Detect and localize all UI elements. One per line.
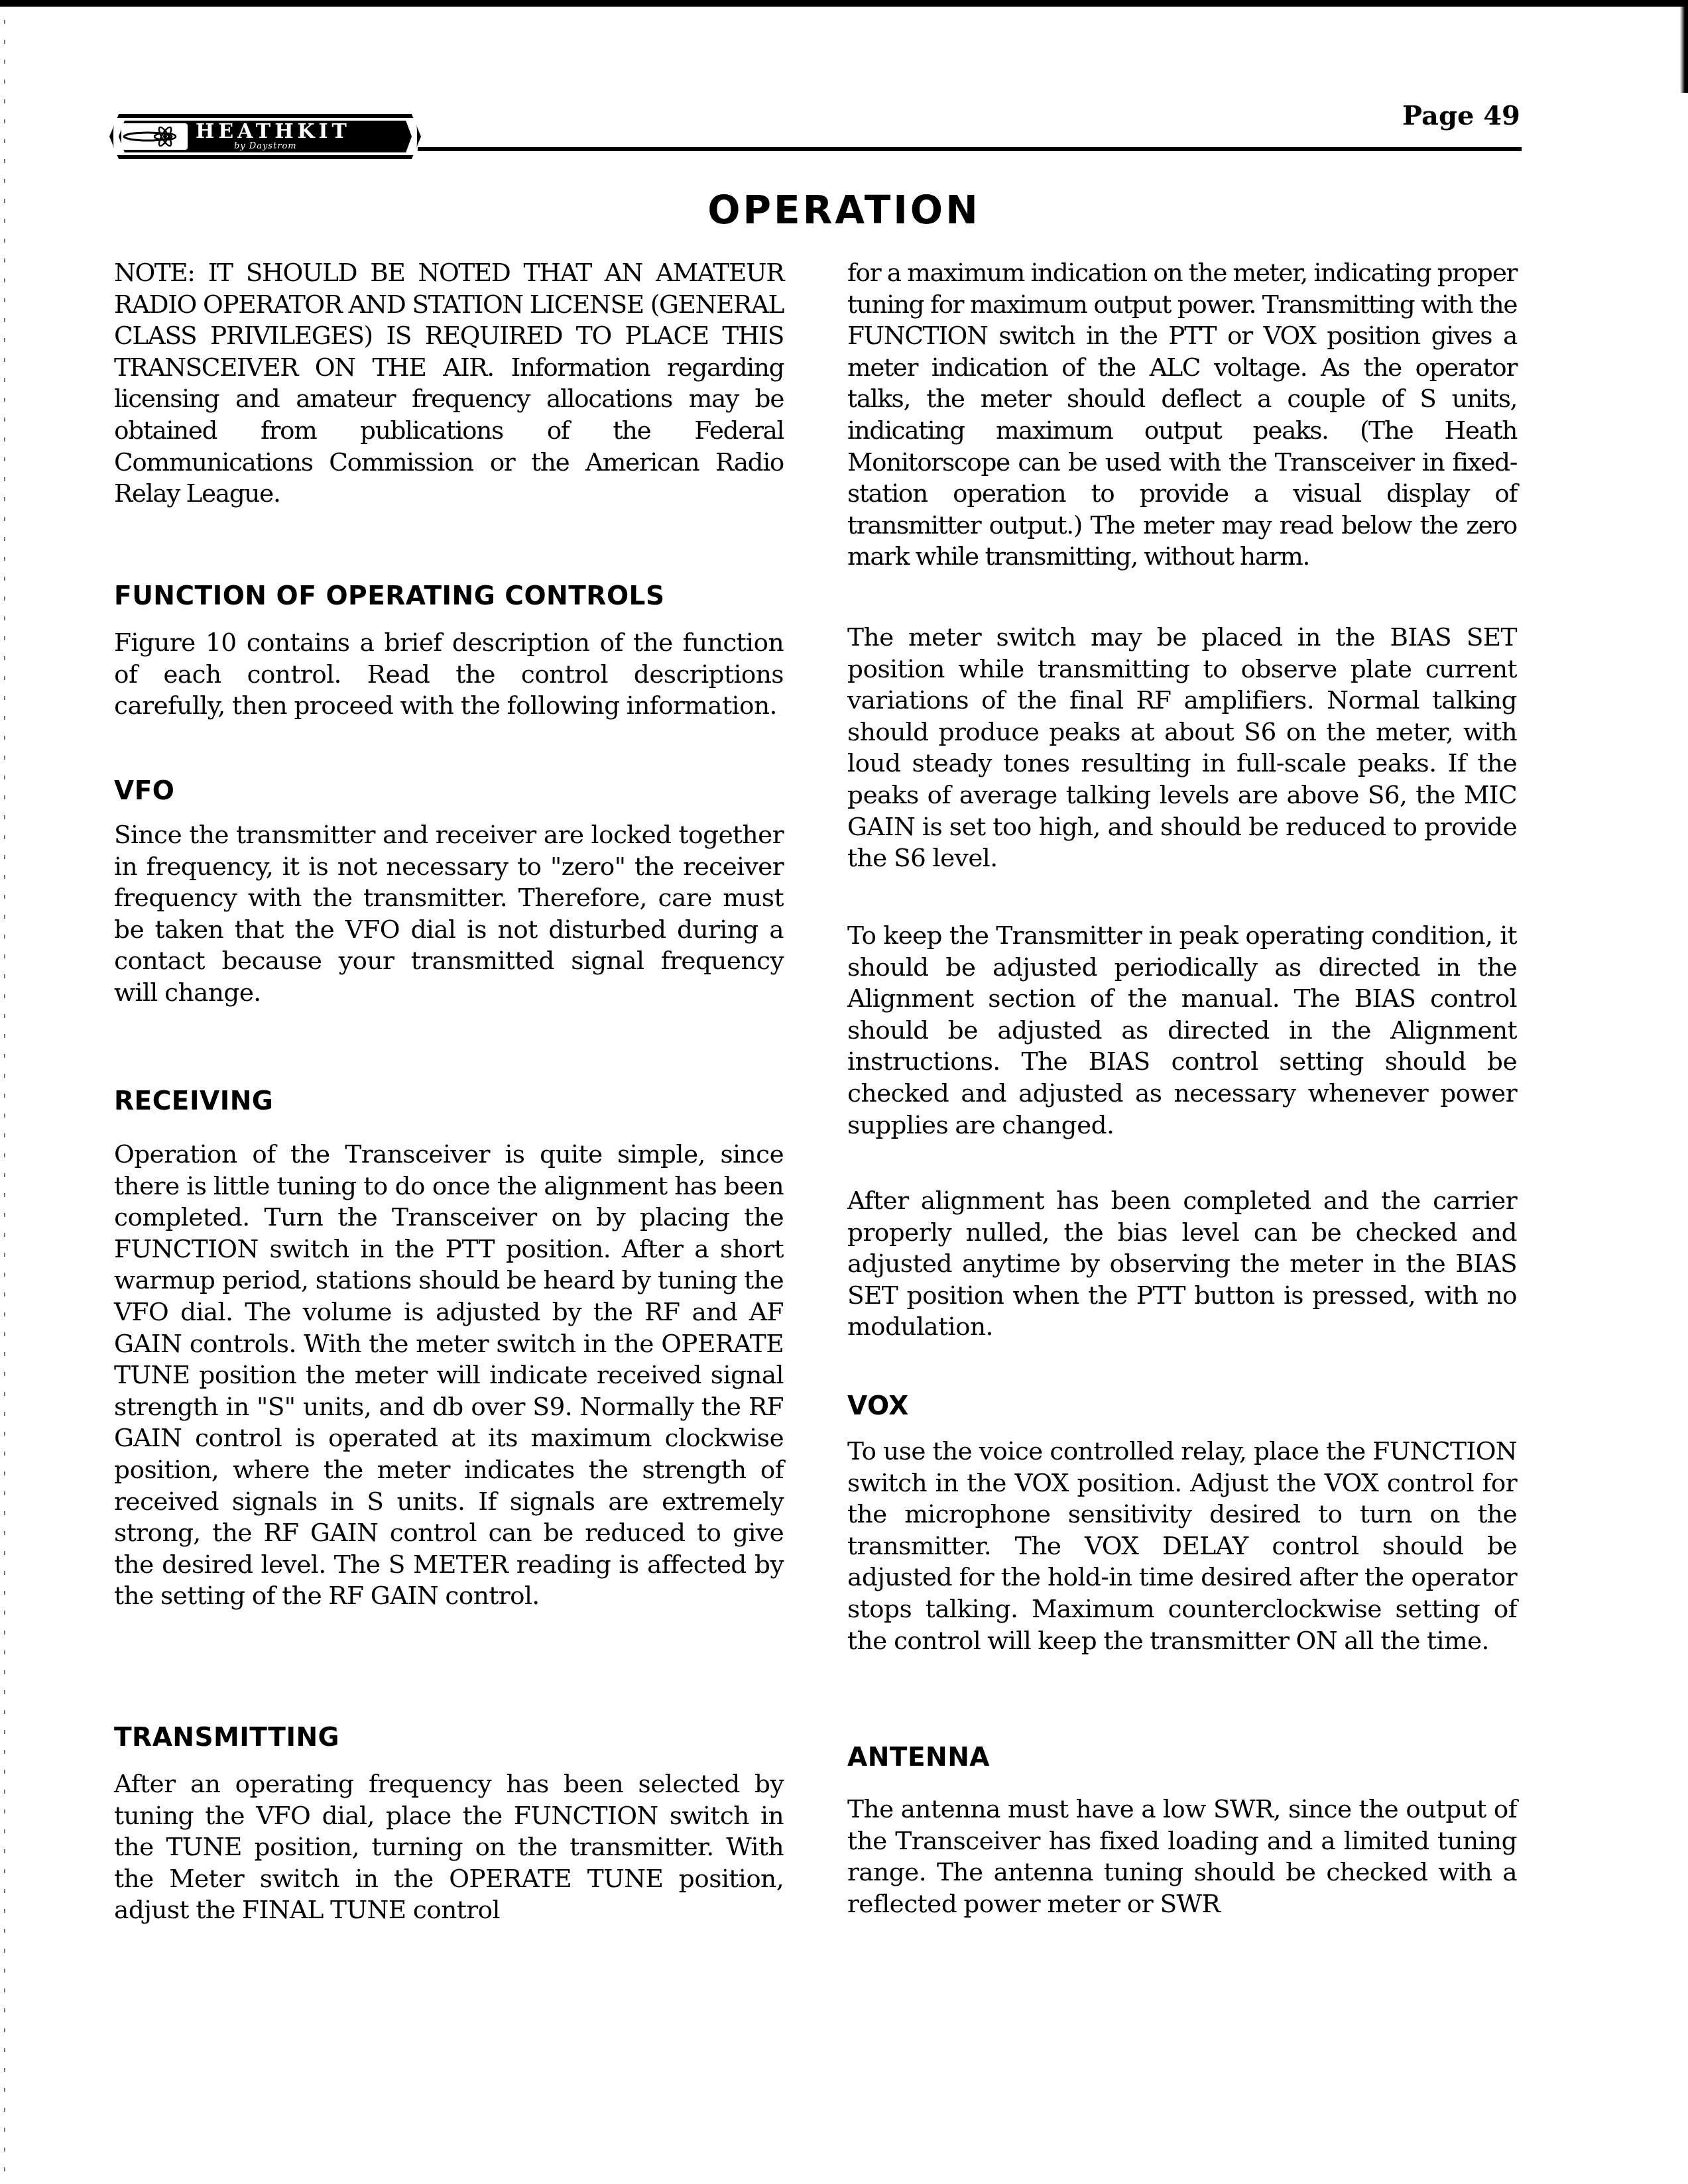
bias-set-paragraph: The meter switch may be placed in the BI… <box>847 622 1517 874</box>
section-heading-vox: VOX <box>847 1391 1517 1422</box>
bias-check-paragraph: After alignment has been completed and t… <box>847 1185 1517 1343</box>
header-rule <box>418 147 1522 151</box>
logo-subtitle: by Daystrom <box>234 142 297 151</box>
antenna-paragraph: The antenna must have a low SWR, since t… <box>847 1794 1517 1920</box>
page-number: Page 49 <box>1402 99 1520 133</box>
page-title: OPERATION <box>0 187 1688 233</box>
scan-corner-shadow <box>1680 0 1688 93</box>
transmitting-continuation-paragraph: for a maximum indication on the meter, i… <box>847 257 1517 573</box>
manual-page: HEATHKIT by Daystrom Page 49 OPERATION N… <box>0 0 1688 2184</box>
transmitting-paragraph: After an operating frequency has been se… <box>114 1768 784 1926</box>
logo-brand-text: HEATHKIT <box>196 122 351 142</box>
function-of-operating-controls-paragraph: Figure 10 contains a brief description o… <box>114 627 784 722</box>
receiving-paragraph: Operation of the Transceiver is quite si… <box>114 1139 784 1612</box>
atom-icon <box>121 123 188 150</box>
scan-top-edge <box>0 0 1688 7</box>
vfo-paragraph: Since the transmitter and receiver are l… <box>114 819 784 1009</box>
license-note: NOTE: IT SHOULD BE NOTED THAT AN AMATEUR… <box>114 257 784 510</box>
section-heading-antenna: ANTENNA <box>847 1742 1517 1774</box>
scan-left-edge <box>4 0 5 2184</box>
section-heading-receiving: RECEIVING <box>114 1086 784 1118</box>
section-heading-vfo: VFO <box>114 776 784 807</box>
section-heading-function-of-operating-controls: FUNCTION OF OPERATING CONTROLS <box>114 581 784 612</box>
vox-paragraph: To use the voice controlled relay, place… <box>847 1436 1517 1656</box>
heathkit-logo: HEATHKIT by Daystrom <box>109 114 421 159</box>
peak-condition-paragraph: To keep the Transmitter in peak operatin… <box>847 920 1517 1141</box>
section-heading-transmitting: TRANSMITTING <box>114 1722 784 1754</box>
